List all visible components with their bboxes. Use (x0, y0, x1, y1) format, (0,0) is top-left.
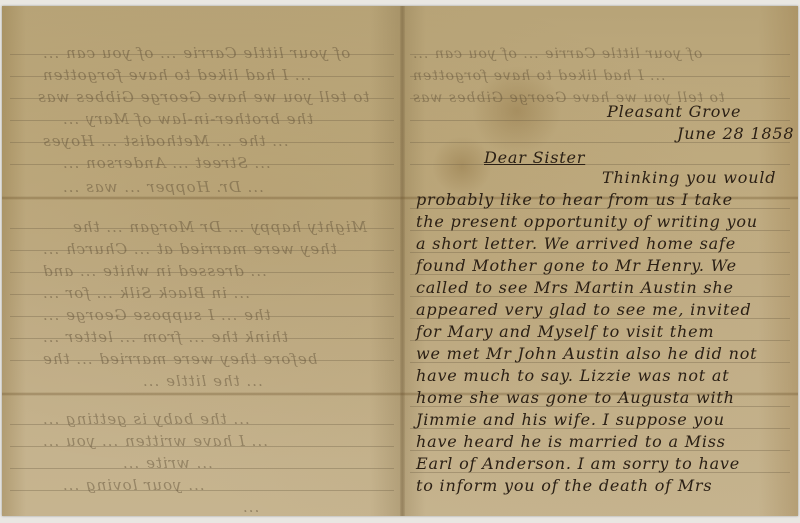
letter-line: Thinking you would (602, 168, 776, 187)
bleed-through-line: ... the baby is getting ... (42, 410, 250, 428)
bleed-through-line: to tell you we have George Gibbes was (37, 88, 369, 106)
letter-line: a short letter. We arrived home safe (416, 234, 736, 253)
bleed-through-line: ... (242, 498, 259, 516)
letter-line: have heard he is married to a Miss (416, 432, 726, 451)
bleed-through-line: ... I had liked to have forgotten (412, 68, 665, 84)
letter-line: Earl of Anderson. I am sorry to have (416, 454, 740, 473)
bleed-through-line: ... I had liked to have forgotten (42, 66, 311, 84)
fold-crease (2, 392, 402, 396)
bleed-through-line: Mighty happy ... Dr Morgan ... the (72, 218, 367, 236)
right-page: of your little Carrie ... of you can ...… (402, 6, 798, 516)
bleed-through-line: ... in Black Silk ... for ... (42, 284, 250, 302)
letter-line: have much to say. Lizzie was not at (416, 366, 729, 385)
bleed-through-line: ... your loving ... (62, 476, 205, 494)
bleed-through-line: ... dressed in white ... and (42, 262, 267, 280)
letter-line: probably like to hear from us I take (416, 190, 733, 209)
letter-line: the present opportunity of writing you (416, 212, 758, 231)
bleed-through-line: ... the ... Methodist ... Hoyes (42, 132, 289, 150)
bleed-through-line: ... I have written ... you ... (42, 432, 268, 450)
left-page: of your little Carrie ... of you can ...… (2, 6, 402, 516)
bleed-through-line: ... write ... (122, 454, 213, 472)
letter-line: found Mother gone to Mr Henry. We (416, 256, 737, 275)
letter-line: for Mary and Myself to visit them (416, 322, 714, 341)
letter-line: home she was gone to Augusta with (416, 388, 735, 407)
bleed-through-line: of your little Carrie ... of you can ... (42, 44, 350, 62)
letter-line: called to see Mrs Martin Austin she (416, 278, 734, 297)
letter-scan: of your little Carrie ... of you can ...… (2, 6, 798, 516)
letter-line: Jimmie and his wife. I suppose you (416, 410, 725, 429)
bleed-through-line: ... the little ... (142, 372, 263, 390)
letter-line: to inform you of the death of Mrs (416, 476, 712, 495)
letter-line: appeared very glad to see me, invited (416, 300, 752, 319)
fold-crease (2, 196, 402, 200)
bleed-through-line: the ... I suppose George ... (42, 306, 271, 324)
water-stain (432, 136, 492, 196)
letter-date: June 28 1858 (677, 124, 794, 143)
bleed-through-line: of your little Carrie ... of you can ... (412, 46, 702, 62)
bleed-through-line: ... Street ... Anderson ... (62, 154, 271, 172)
ruled-line (410, 164, 790, 165)
letter-place: Pleasant Grove (607, 102, 741, 121)
bleed-through-line: before they were married ... the (42, 350, 317, 368)
letter-line: we met Mr John Austin also he did not (416, 344, 757, 363)
bleed-through-line: think the ... from ... letter ... (42, 328, 288, 346)
bleed-through-line: ... Dr. Hopper ... was ... (62, 178, 264, 196)
bleed-through-line: the brother-in-law of Mary ... (62, 110, 313, 128)
letter-salutation: Dear Sister (484, 148, 585, 167)
bleed-through-line: they were married at ... Church ... (42, 240, 337, 258)
